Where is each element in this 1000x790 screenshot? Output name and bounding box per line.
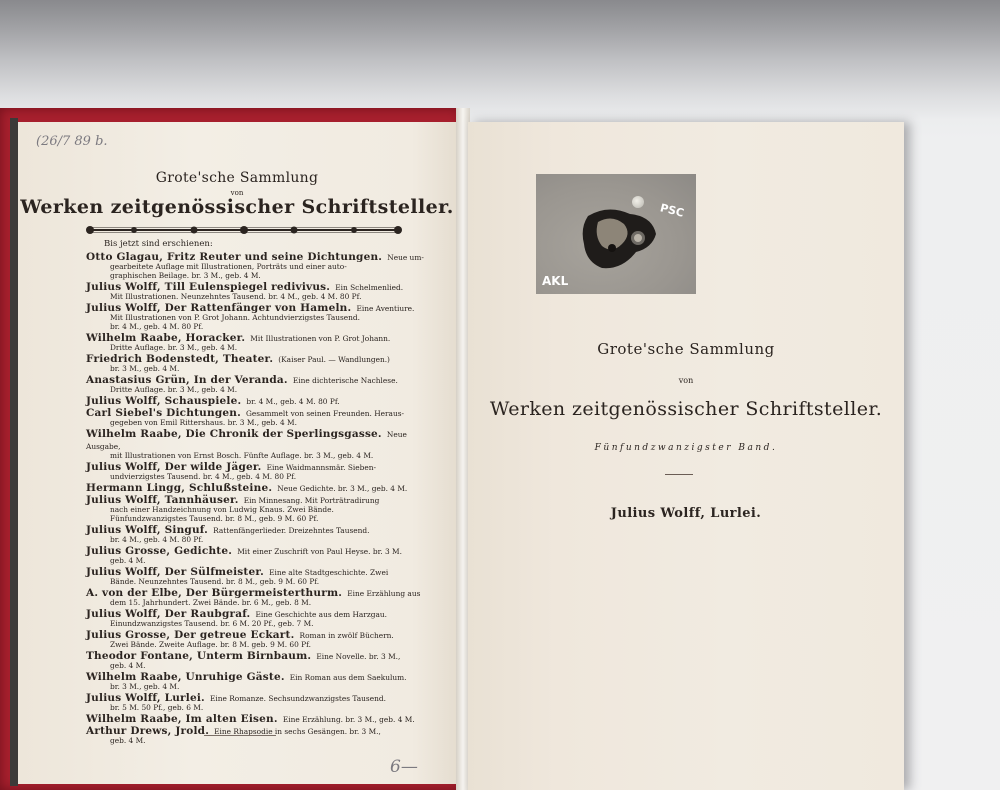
list-item: Wilhelm Raabe, Im alten Eisen. Eine Erzä… [86,712,428,724]
list-item: Julius Wolff, Der Rattenfänger von Hamel… [86,301,428,331]
list-item: Julius Grosse, Der getreue Eckart. Roman… [86,628,428,649]
rock-image-icon [578,204,658,274]
list-item: Wilhelm Raabe, Unruhige Gäste. Ein Roman… [86,670,428,691]
handwritten-price: 6— [390,757,418,777]
list-item: Julius Wolff, Lurlei. Eine Romanze. Sech… [86,691,428,712]
scanner-shadow [0,0,1000,120]
work-title: Julius Wolff, Lurlei. [468,506,904,521]
photo-label-psc: PSC [659,201,685,219]
photo-label-akl: AKL [542,274,568,288]
list-item: Hermann Lingg, Schlußsteine. Neue Gedich… [86,481,428,493]
list-item: Julius Wolff, Der Raubgraf. Eine Geschic… [86,607,428,628]
list-item: Julius Wolff, Till Eulenspiegel redivivu… [86,280,428,301]
handwritten-reference: (26/7 89 b. [36,134,108,149]
ornament-divider-icon [84,225,404,235]
series-von: von [468,376,904,385]
right-page: PSC AKL Grote'sche Sammlung von Werken z… [468,122,904,790]
left-page: (26/7 89 b. Grote'sche Sammlung von Werk… [18,122,456,784]
list-item: Julius Wolff, Tannhäuser. Ein Minnesang.… [86,493,428,523]
list-item: Julius Wolff, Der Sülfmeister. Eine alte… [86,565,428,586]
list-item: Julius Wolff, Schauspiele. br. 4 M., geb… [86,394,428,406]
list-item: Julius Grosse, Gedichte. Mit einer Zusch… [86,544,428,565]
series-title-line2: Werken zeitgenössischer Schriftsteller. [468,398,904,420]
list-item: A. von der Elbe, Der Bürgermeisterthurm.… [86,586,428,607]
cover-edge [10,118,18,786]
list-item: Anastasius Grün, In der Veranda. Eine di… [86,373,428,394]
intro-text: Bis jetzt sind erschienen: [104,239,213,249]
volume-number: Fünfundzwanzigster Band. [468,443,904,453]
title-rule [665,474,693,475]
list-item: Wilhelm Raabe, Die Chronik der Sperlings… [86,427,428,460]
list-item: Carl Siebel's Dichtungen. Gesammelt von … [86,406,428,427]
list-item: Wilhelm Raabe, Horacker. Mit Illustratio… [86,331,428,352]
list-item: Julius Wolff, Der wilde Jäger. Eine Waid… [86,460,428,481]
pasted-photo: PSC AKL [536,174,696,294]
end-rule [204,735,276,736]
list-item: Friedrich Bodenstedt, Theater. (Kaiser P… [86,352,428,373]
list-item: Theodor Fontane, Unterm Birnbaum. Eine N… [86,649,428,670]
series-title-line1: Grote'sche Sammlung [468,340,904,358]
series-title-line2: Werken zeitgenössischer Schriftsteller. [18,196,456,218]
series-title-line1: Grote'sche Sammlung [18,170,456,186]
catalogue-list: Otto Glagau, Fritz Reuter und seine Dich… [86,250,428,745]
list-item: Otto Glagau, Fritz Reuter und seine Dich… [86,250,428,280]
list-item: Julius Wolff, Singuf. Rattenfängerlieder… [86,523,428,544]
pearl-image-icon [632,196,644,208]
